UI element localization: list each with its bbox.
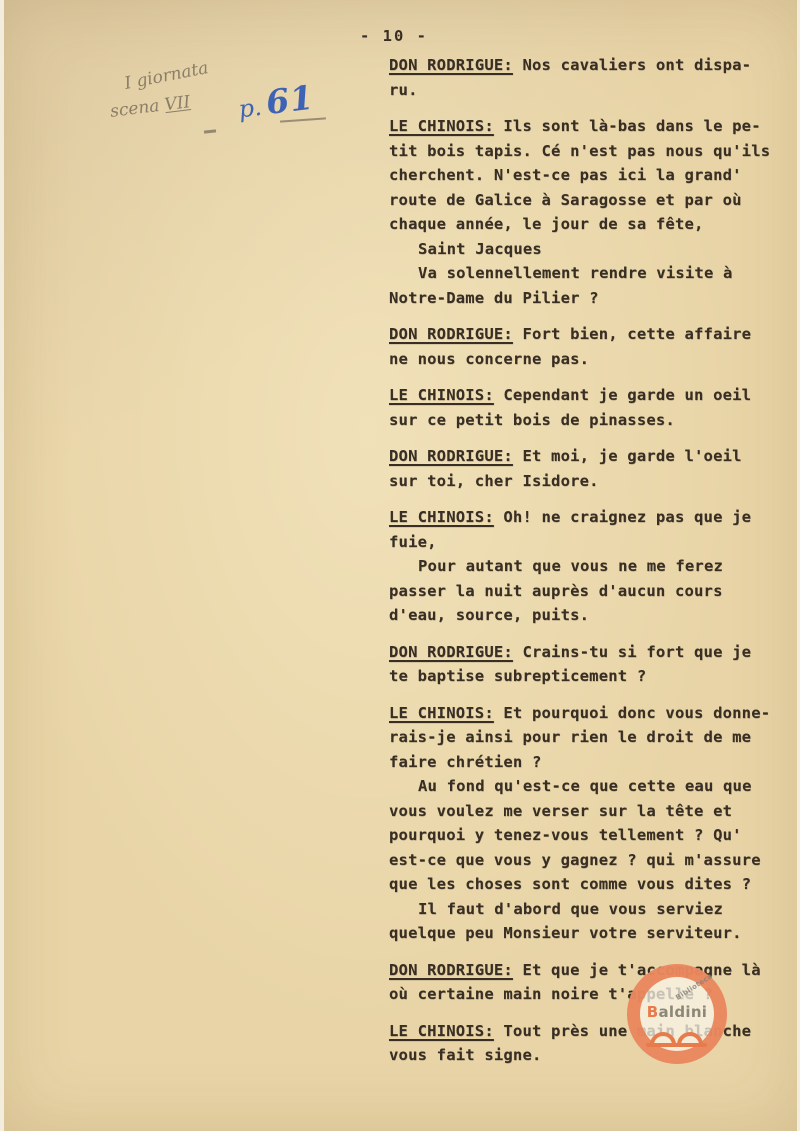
script-line: sur toi, cher Isidore. [389, 469, 779, 494]
speaker-name: DON RODRIGUE: [389, 56, 513, 74]
script-line: est-ce que vous y gagnez ? qui m'assure [389, 848, 779, 873]
script-line: d'eau, source, puits. [389, 603, 779, 628]
script-line: LE CHINOIS: Oh! ne craignez pas que je [389, 505, 779, 530]
speech-block: DON RODRIGUE: Et moi, je garde l'oeilsur… [389, 444, 779, 493]
script-line: Va solennellement rendre visite à [389, 261, 779, 286]
pencil-dash-mark [204, 129, 216, 133]
script-line: DON RODRIGUE: Et moi, je garde l'oeil [389, 444, 779, 469]
speech-block: LE CHINOIS: Oh! ne craignez pas que jefu… [389, 505, 779, 628]
script-line: fuie, [389, 530, 779, 555]
script-line: Pour autant que vous ne me ferez [389, 554, 779, 579]
script-line: DON RODRIGUE: Nos cavaliers ont dispa- [389, 53, 779, 78]
script-line: chaque année, le jour de sa fête, [389, 212, 779, 237]
script-line: Saint Jacques [389, 237, 779, 262]
speech-block: LE CHINOIS: Cependant je garde un oeilsu… [389, 383, 779, 432]
pencil-annotation-line2: scena VII [109, 92, 191, 122]
speech-block: LE CHINOIS: Et pourquoi donc vous donne-… [389, 701, 779, 946]
script-line: DON RODRIGUE: Crains-tu si fort que je [389, 640, 779, 665]
pencil-annotation-line1: I giornata [123, 58, 210, 94]
script-line: cherchent. N'est-ce pas ici la grand' [389, 163, 779, 188]
script-line: LE CHINOIS: Et pourquoi donc vous donne- [389, 701, 779, 726]
pencil-scene-number: VII [163, 92, 191, 115]
script-line: Au fond qu'est-ce que cette eau que [389, 774, 779, 799]
script-line: rais-je ainsi pour rien le droit de me [389, 725, 779, 750]
stamp-name-initial: B [647, 1003, 659, 1021]
speech-block: DON RODRIGUE: Nos cavaliers ont dispa-ru… [389, 53, 779, 102]
script-line: DON RODRIGUE: Fort bien, cette affaire [389, 322, 779, 347]
scan-edge-left [0, 0, 4, 1131]
speech-block: DON RODRIGUE: Fort bien, cette affairene… [389, 322, 779, 371]
script-line: ru. [389, 78, 779, 103]
script-line: vous voulez me verser sur la tête et [389, 799, 779, 824]
stamp-small-text: Biblioteca [674, 972, 714, 1002]
blue-ink-page-number: 61 [264, 78, 316, 123]
open-book-icon [645, 1020, 708, 1048]
script-line: pourquoi y tenez-vous tellement ? Qu' [389, 823, 779, 848]
speaker-name: LE CHINOIS: [389, 1022, 494, 1040]
script-line: que les choses sont comme vous dites ? [389, 872, 779, 897]
speaker-name: DON RODRIGUE: [389, 961, 513, 979]
script-line: passer la nuit auprès d'aucun cours [389, 579, 779, 604]
script-line: sur ce petit bois de pinasses. [389, 408, 779, 433]
page-number: - 10 - [360, 27, 428, 45]
script-line: tit bois tapis. Cé n'est pas nous qu'ils [389, 139, 779, 164]
script-line: route de Galice à Saragosse et par où [389, 188, 779, 213]
speech-block: DON RODRIGUE: Crains-tu si fort que jete… [389, 640, 779, 689]
speaker-name: DON RODRIGUE: [389, 325, 513, 343]
speaker-name: LE CHINOIS: [389, 117, 494, 135]
speaker-name: LE CHINOIS: [389, 386, 494, 404]
speaker-name: DON RODRIGUE: [389, 447, 513, 465]
script-line: LE CHINOIS: Ils sont là-bas dans le pe- [389, 114, 779, 139]
blue-ink-p-label: p. [237, 93, 263, 124]
scanned-typescript-page: - 10 - I giornata scena VII p. 61 DON RO… [0, 0, 800, 1131]
play-script-text: DON RODRIGUE: Nos cavaliers ont dispa-ru… [389, 53, 779, 1080]
script-line: LE CHINOIS: Cependant je garde un oeil [389, 383, 779, 408]
speech-block: LE CHINOIS: Ils sont là-bas dans le pe-t… [389, 114, 779, 310]
script-line: DON RODRIGUE: Et que je t'accompagne là [389, 958, 779, 983]
speaker-name: LE CHINOIS: [389, 704, 494, 722]
script-line: faire chrétien ? [389, 750, 779, 775]
script-line: te baptise subrepticement ? [389, 664, 779, 689]
script-line: ne nous concerne pas. [389, 347, 779, 372]
library-stamp: Biblioteca Baldini [627, 964, 727, 1064]
stamp-library-name: Baldini [640, 1003, 714, 1021]
script-line: quelque peu Monsieur votre serviteur. [389, 921, 779, 946]
pencil-annotation-prefix: scena [109, 95, 166, 122]
stamp-name-rest: aldini [658, 1003, 707, 1021]
script-line: Notre-Dame du Pilier ? [389, 286, 779, 311]
script-line: vous fait signe. [389, 1043, 779, 1068]
script-line: Il faut d'abord que vous serviez [389, 897, 779, 922]
speaker-name: DON RODRIGUE: [389, 643, 513, 661]
speaker-name: LE CHINOIS: [389, 508, 494, 526]
